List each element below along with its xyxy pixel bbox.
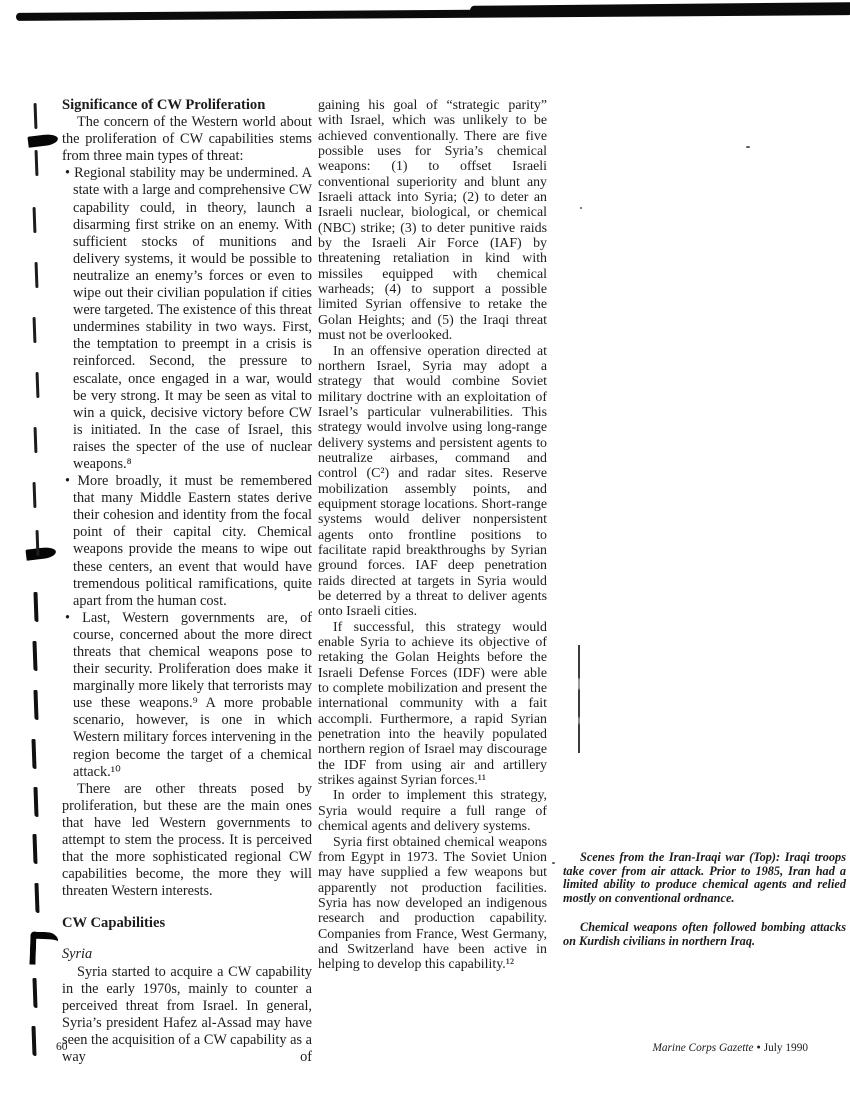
section-heading-significance: Significance of CW Proliferation [62, 97, 312, 114]
margin-mark [35, 150, 39, 176]
scan-speck [552, 862, 555, 864]
section-heading-cw-capabilities: CW Capabilities [62, 915, 312, 932]
photo-captions: Scenes from the Iran-Iraqi war (Top): Ir… [563, 851, 846, 963]
margin-mark [34, 103, 38, 129]
bullet-separator-icon: ● [754, 1043, 764, 1051]
margin-mark [32, 978, 37, 1008]
page-number: 60 [56, 1041, 68, 1053]
margin-mark [36, 530, 40, 556]
col2-paragraph-4: In order to implement this strategy, Syr… [318, 788, 547, 834]
scan-speck [746, 146, 750, 148]
margin-mark [34, 883, 39, 913]
margin-ink-mark [25, 546, 56, 561]
margin-mark [36, 372, 40, 398]
margin-mark [33, 207, 37, 233]
col1-paragraph-1: The concern of the Western world about t… [62, 114, 312, 165]
scan-line-artifact [578, 645, 580, 753]
col2-paragraph-2: In an offensive operation directed at no… [318, 344, 547, 620]
journal-title: Marine Corps Gazette [652, 1042, 753, 1054]
margin-mark [34, 427, 38, 453]
col1-bullet-3: • Last, Western governments are, of cour… [62, 610, 312, 781]
col2-paragraph-3: If successful, this strategy would enabl… [318, 620, 547, 789]
margin-ink-mark [27, 133, 58, 148]
scanned-page: Significance of CW Proliferation The con… [0, 0, 850, 1094]
margin-mark [32, 834, 37, 864]
col1-paragraph-2: There are other threats posed by prolife… [62, 781, 312, 901]
margin-mark [33, 690, 38, 720]
journal-footer: Marine Corps Gazette●July 1990 [652, 1042, 808, 1054]
issue-date: July 1990 [764, 1042, 808, 1054]
col1-bullet-2: • More broadly, it must be remembered th… [62, 473, 312, 610]
margin-mark [35, 262, 39, 288]
margin-mark [33, 592, 38, 622]
scan-speck [580, 207, 582, 209]
col2-paragraph-5: Syria first obtained chemical weapons fr… [318, 835, 547, 973]
subsection-heading-syria: Syria [62, 946, 312, 963]
col1-paragraph-3: Syria started to acquire a CW capability… [62, 964, 312, 1067]
col1-bullet-1: • Regional stability may be undermined. … [62, 165, 312, 473]
col2-paragraph-1: gaining his goal of “strategic parity” w… [318, 98, 547, 344]
margin-mark [33, 317, 37, 343]
photo-caption-1: Scenes from the Iran-Iraqi war (Top): Ir… [563, 851, 846, 906]
margin-mark [32, 641, 37, 671]
margin-mark [31, 739, 36, 769]
margin-ink-mark [29, 932, 58, 966]
photo-caption-2: Chemical weapons often followed bombing … [563, 921, 846, 948]
margin-mark [33, 482, 37, 508]
margin-mark [31, 1026, 36, 1056]
article-column-1: Significance of CW Proliferation The con… [62, 97, 312, 1066]
margin-mark [33, 787, 38, 817]
article-column-2: gaining his goal of “strategic parity” w… [318, 98, 547, 973]
